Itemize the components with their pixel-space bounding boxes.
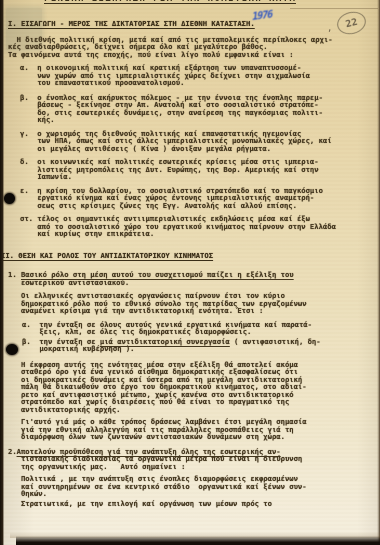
- section2-item-2: 2.Αποτελούν προϋπόθεση γιά την ανάπτυξη …: [8, 448, 374, 471]
- section1-item-a: α. η οικονομική πολιτική καί κρατική εξά…: [20, 64, 374, 87]
- scan-edge-bottom: [16, 536, 380, 545]
- section1-item-d: δ. οι κοινωνικές καί πολιτικές εσωτερικέ…: [20, 158, 374, 181]
- scanned-document-page: ΓΕΝΙΚΗ ΕΙΣΗΓΗΣΗ ΓΙΑ ΤΗΝ ΠΟΛΙΤΙΚΗ ΚΑΤΑΣΤΑ…: [0, 0, 380, 545]
- section2-sub-item-b: β. την ένταξη σε μιά αντιδικτατορική συν…: [22, 338, 374, 353]
- section2-para-action: Γι'αυτό γιά μάς ο κάθε τρόπος δράσεως λα…: [8, 418, 374, 441]
- section2-sub-item-a: α. την ένταξη σε όλους αυτούς γενικά εργ…: [22, 321, 374, 336]
- section1-item-e: ε. η κρίση του δολλαρίου, το σοσιαλιστικ…: [20, 187, 374, 210]
- section2-para-political: Πολιτικά , με την ανάπτυξη στις ένοπλες …: [8, 475, 374, 498]
- section1-item-g: γ. ο χωρισμός της διεθνούς πολιτικής καί…: [20, 130, 374, 153]
- section1-intro: Η διεθνής πολιτική κρίση, μετά καί από τ…: [8, 36, 374, 59]
- section1-item-b: β. ο ένοπλος καί ακήρυκτος πόλεμος - με …: [20, 94, 374, 124]
- item2-rest-text: τιστασιακής διαδικασίας τα οργανωτικά μέ…: [8, 454, 302, 471]
- section1-item-st: στ. τέλος οι σημαντικές αντιιμπεριαλιστι…: [20, 215, 374, 238]
- cropped-header-text: ΓΕΝΙΚΗ ΕΙΣΗΓΗΣΗ ΓΙΑ ΤΗΝ ΠΟΛΙΤΙΚΗ ΚΑΤΑΣΤΑ…: [44, 0, 296, 4]
- section2-heading: ΙΙ. ΘΕΣΗ ΚΑΙ ΡΟΛΟΣ ΤΟΥ ΑΝΤΙΔΙΚΤΑΤΟΡΙΚΟΥ …: [1, 252, 374, 260]
- scan-crease-line: [290, 8, 378, 9]
- scan-edge-left: [0, 0, 4, 545]
- section2-para-roles: Οι ελληνικές αντιστασιακές οργανώσεις πα…: [8, 292, 374, 315]
- item1-rest-text: εσωτερικού αντιστασιακού.: [8, 278, 129, 287]
- section2-item-1: 1. Βασικό ρόλο στη μέση αυτού του συσχετ…: [8, 271, 374, 286]
- section2-para-military: Στρατιωτικά, με την επιλογή καί οργάνωση…: [8, 500, 374, 508]
- cropped-page-header: ΓΕΝΙΚΗ ΕΙΣΗΓΗΣΗ ΓΙΑ ΤΗΝ ΠΟΛΙΤΙΚΗ ΚΑΤΑΣΤΑ…: [44, 0, 296, 8]
- section1-heading: Ι. ΕΙΣΑΓΩΓΗ - ΜΕΡΟΣ ΤΗΣ ΔΙΚΤΑΤΟΡΙΑΣ ΣΤΗ …: [8, 20, 374, 28]
- document-body: Ι. ΕΙΣΑΓΩΓΗ - ΜΕΡΟΣ ΤΗΣ ΔΙΚΤΑΤΟΡΙΑΣ ΣΤΗ …: [8, 16, 374, 507]
- section2-para-unity: Η έκφραση αυτής της ενότητας μέσα στην ε…: [8, 361, 374, 414]
